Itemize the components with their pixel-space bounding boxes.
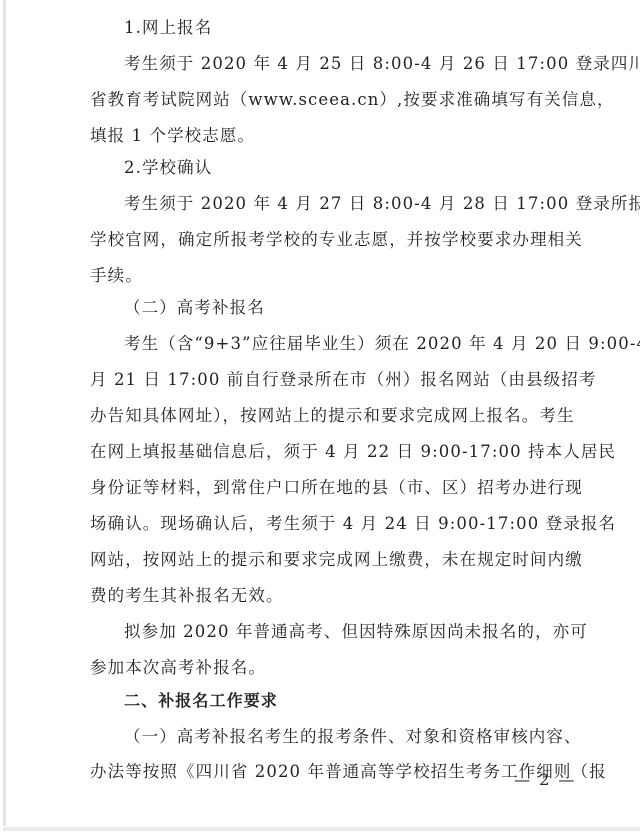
text-line: 2.学校确认 bbox=[124, 158, 212, 178]
section-heading: 二、补报名工作要求 bbox=[124, 691, 278, 711]
text-line: 场确认。现场确认后，考生须于 4 月 24 日 9:00-17:00 登录报名 bbox=[90, 514, 616, 534]
text-line: 1.网上报名 bbox=[124, 18, 212, 38]
text-line: 费的考生其补报名无效。 bbox=[90, 586, 284, 606]
text-line: 身份证等材料，到常住户口所在地的县（市、区）招考办进行现 bbox=[90, 478, 583, 498]
text-line: 考生须于 2020 年 4 月 27 日 8:00-4 月 28 日 17:00… bbox=[124, 194, 640, 214]
page-bottom-edge bbox=[3, 827, 640, 831]
text-line: 手续。 bbox=[90, 266, 143, 286]
text-line: 在网上填报基础信息后，须于 4 月 22 日 9:00-17:00 持本人居民 bbox=[90, 442, 616, 462]
text-line: 月 21 日 17:00 前自行登录所在市（州）报名网站（由县级招考 bbox=[90, 370, 596, 390]
text-line: 学校官网，确定所报考学校的专业志愿，并按学校要求办理相关 bbox=[90, 230, 583, 250]
text-line: 省教育考试院网站（www.sceea.cn）,按要求准确填写有关信息， bbox=[90, 90, 615, 110]
text-line: 网站，按网站上的提示和要求完成网上缴费，未在规定时间内缴 bbox=[90, 550, 583, 570]
text-line: 考生（含“9+3”应往届毕业生）须在 2020 年 4 月 20 日 9:00-… bbox=[124, 334, 640, 354]
text-line: 拟参加 2020 年普通高考、但因特殊原因尚未报名的，亦可 bbox=[124, 622, 588, 642]
text-line: 参加本次高考补报名。 bbox=[90, 658, 266, 678]
text-line: 考生须于 2020 年 4 月 25 日 8:00-4 月 26 日 17:00… bbox=[124, 54, 640, 74]
text-line: （一）高考补报名考生的报考条件、对象和资格审核内容、 bbox=[124, 727, 582, 747]
text-line: （二）高考补报名 bbox=[124, 298, 265, 318]
text-line: 办告知具体网址），按网站上的提示和要求完成网上报名。考生 bbox=[90, 406, 575, 426]
page-number: — 2 — bbox=[514, 770, 576, 789]
text-line: 填报 1 个学校志愿。 bbox=[90, 126, 255, 146]
page-left-edge bbox=[3, 0, 6, 826]
